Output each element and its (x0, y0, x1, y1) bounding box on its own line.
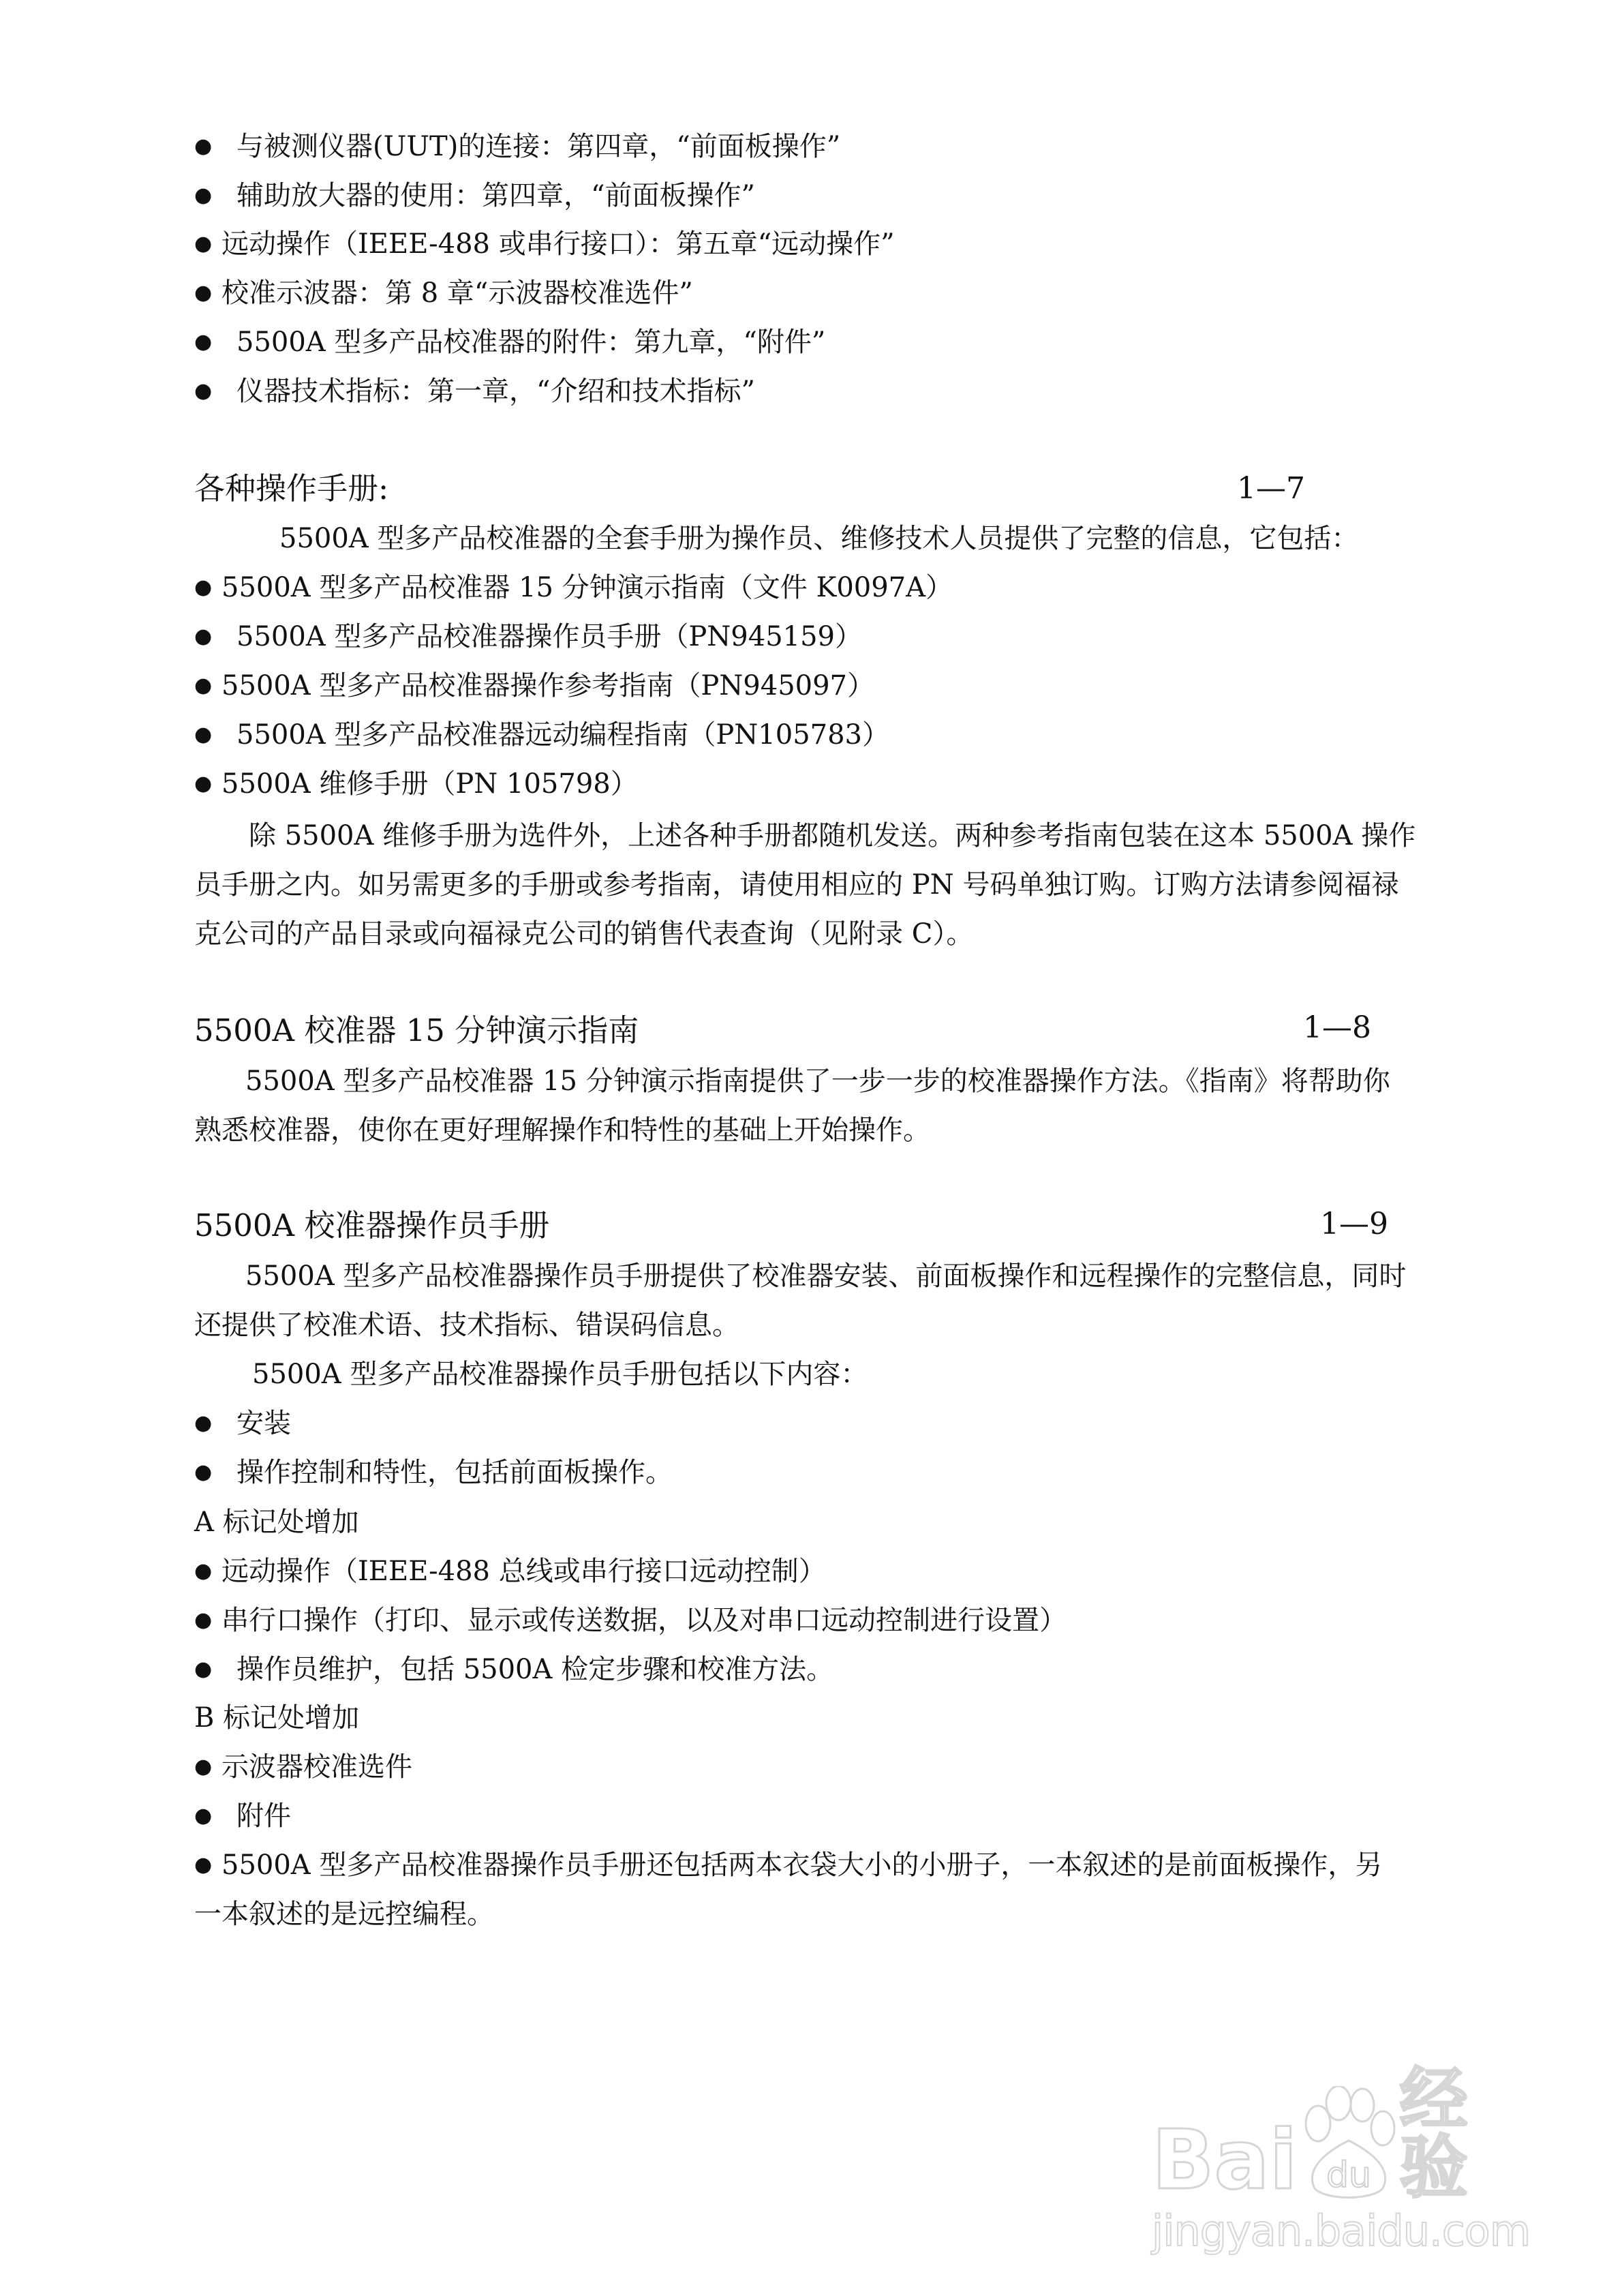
paragraph-line: 还提供了校准术语、技术指标、错误码信息。 (194, 1301, 739, 1350)
list-item: ●5500A 维修手册（PN 105798） (194, 759, 638, 809)
section-heading: 各种操作手册: (194, 464, 388, 513)
bullet-icon: ● (194, 1645, 221, 1694)
mark-b-label: B 标记处增加 (194, 1693, 359, 1742)
list-item: ●操作控制和特性，包括前面板操作。 (194, 1448, 673, 1497)
bullet-icon: ● (194, 220, 221, 269)
bullet-icon: ● (194, 1399, 221, 1448)
bullet-icon: ● (194, 1742, 221, 1792)
list-item: ●与被测仪器(UUT)的连接：第四章，“前面板操作” (194, 122, 840, 171)
paragraph-intro: 5500A 型多产品校准器的全套手册为操作员、维修技术人员提供了完整的信息，它包… (279, 514, 1358, 563)
bullet-icon: ● (194, 122, 221, 171)
paragraph-line: 员手册之内。如另需更多的手册或参考指南，请使用相应的 PN 号码单独订购。订购方… (194, 860, 1398, 909)
list-item: ●5500A 型多产品校准器操作员手册（PN945159） (194, 612, 862, 661)
bullet-icon: ● (194, 171, 221, 220)
paragraph-line: 一本叙述的是远控编程。 (194, 1890, 494, 1939)
section-heading: 5500A 校准器 15 分钟演示指南 (194, 1006, 639, 1055)
list-item: ●校准示波器：第 8 章“示波器校准选件” (194, 269, 693, 318)
paragraph-intro: 5500A 型多产品校准器操作员手册包括以下内容： (252, 1350, 868, 1399)
svg-text:du: du (1326, 2155, 1371, 2196)
bullet-icon: ● (194, 367, 221, 416)
bullet-icon: ● (194, 710, 221, 759)
list-item: ●5500A 型多产品校准器的附件：第九章，“附件” (194, 318, 825, 367)
watermark-brand-right: 经验 (1400, 2066, 1533, 2202)
mark-a-label: A 标记处增加 (194, 1498, 359, 1547)
list-item: ●操作员维护，包括 5500A 检定步骤和校准方法。 (194, 1645, 833, 1694)
bullet-icon: ● (194, 661, 221, 710)
paragraph-line: 除 5500A 维修手册为选件外，上述各种手册都随机发送。两种参考指南包装在这本… (249, 811, 1416, 860)
list-item: ●远动操作（IEEE-488 总线或串行接口远动控制） (194, 1547, 826, 1596)
list-item: ●5500A 型多产品校准器操作员手册还包括两本衣袋大小的小册子，一本叙述的是前… (194, 1841, 1382, 1890)
paragraph-line: 5500A 型多产品校准器操作员手册提供了校准器安装、前面板操作和远程操作的完整… (245, 1252, 1406, 1301)
list-item: ●5500A 型多产品校准器 15 分钟演示指南（文件 K0097A） (194, 563, 953, 612)
section-heading: 5500A 校准器操作员手册 (194, 1201, 549, 1250)
bullet-icon: ● (194, 1448, 221, 1497)
bullet-icon: ● (194, 1547, 221, 1596)
bullet-icon: ● (194, 563, 221, 612)
bullet-icon: ● (194, 318, 221, 367)
list-item: ●5500A 型多产品校准器操作参考指南（PN945097） (194, 661, 874, 710)
paw-icon: du (1298, 2086, 1400, 2202)
page-reference: 1—8 (1303, 1003, 1371, 1053)
list-item: ●5500A 型多产品校准器远动编程指南（PN105783） (194, 710, 889, 759)
bullet-icon: ● (194, 1596, 221, 1645)
bullet-icon: ● (194, 759, 221, 809)
watermark-brand-left: Bai (1152, 2120, 1298, 2202)
list-item: ●安装 (194, 1399, 291, 1448)
bullet-icon: ● (194, 1792, 221, 1841)
page-reference: 1—9 (1320, 1200, 1388, 1249)
list-item: ●示波器校准选件 (194, 1742, 412, 1792)
watermark-url: jingyan.baidu.com (1152, 2206, 1533, 2256)
list-item: ●仪器技术指标：第一章，“介绍和技术指标” (194, 367, 755, 416)
bullet-icon: ● (194, 269, 221, 318)
page-reference: 1—7 (1237, 464, 1305, 513)
list-item: ●辅助放大器的使用：第四章，“前面板操作” (194, 171, 755, 220)
paragraph-line: 熟悉校准器，使你在更好理解操作和特性的基础上开始操作。 (194, 1106, 930, 1155)
paragraph-line: 5500A 型多产品校准器 15 分钟演示指南提供了一步一步的校准器操作方法。《… (245, 1057, 1390, 1106)
list-item: ●远动操作（IEEE-488 或串行接口）：第五章“远动操作” (194, 220, 895, 269)
bullet-icon: ● (194, 612, 221, 661)
list-item: ●串行口操作（打印、显示或传送数据，以及对串口远动控制进行设置） (194, 1596, 1067, 1645)
bullet-icon: ● (194, 1841, 221, 1890)
paragraph-line: 克公司的产品目录或向福禄克公司的销售代表查询（见附录 C）。 (194, 909, 973, 958)
baidu-watermark: Bai du 经验 jingyan.baidu.com (1152, 2066, 1533, 2236)
list-item: ●附件 (194, 1792, 291, 1841)
